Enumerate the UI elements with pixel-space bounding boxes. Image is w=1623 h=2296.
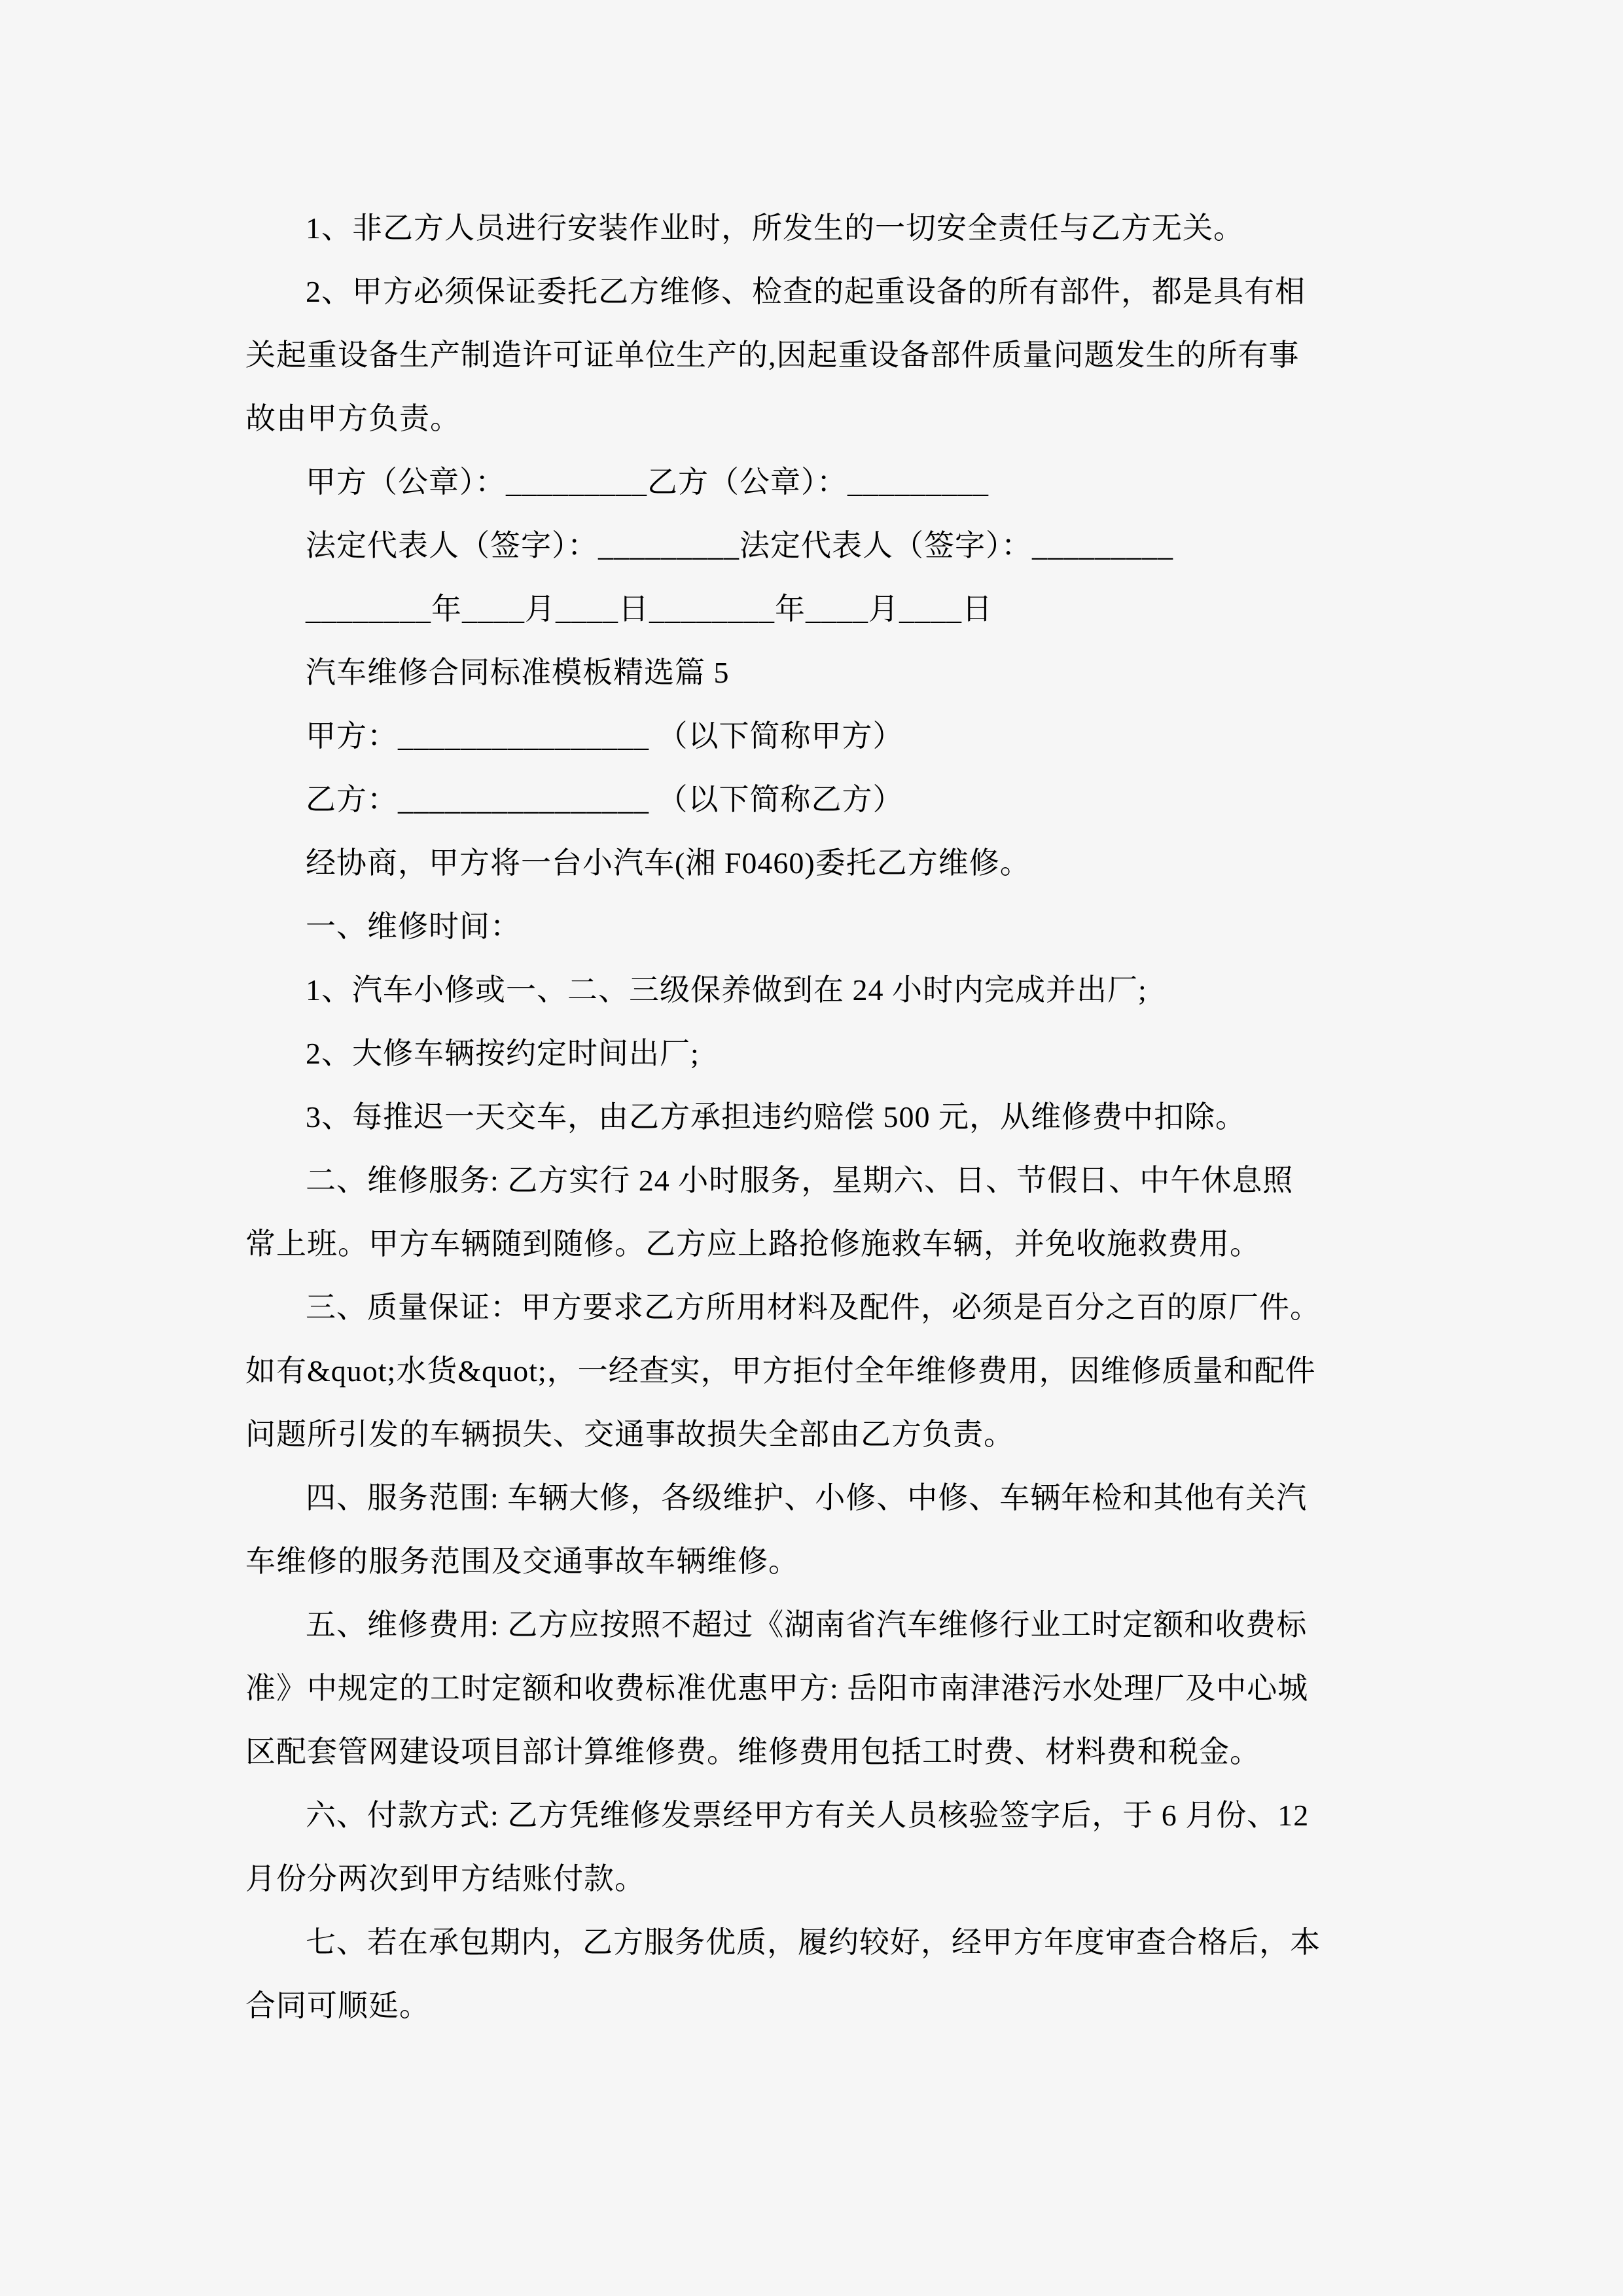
document-line: ________年____月____日________年____月____日 bbox=[245, 577, 1381, 641]
document-line: 四、服务范围: 车辆大修，各级维护、小修、中修、车辆年检和其他有关汽 bbox=[245, 1466, 1381, 1530]
document-line: 七、若在承包期内，乙方服务优质，履约较好，经甲方年度审查合格后，本 bbox=[245, 1910, 1381, 1974]
document-line: 甲方（公章）：_________乙方（公章）：_________ bbox=[245, 450, 1381, 514]
document-line: 车维修的服务范围及交通事故车辆维修。 bbox=[245, 1530, 1381, 1593]
document-line: 六、付款方式: 乙方凭维修发票经甲方有关人员核验签字后，于 6 月份、12 bbox=[245, 1784, 1381, 1847]
document-line: 法定代表人（签字）：_________法定代表人（签字）：_________ bbox=[245, 514, 1381, 577]
document-line: 区配套管网建设项目部计算维修费。维修费用包括工时费、材料费和税金。 bbox=[245, 1720, 1381, 1784]
document-line: 准》中规定的工时定额和收费标准优惠甲方: 岳阳市南津港污水处理厂及中心城 bbox=[245, 1657, 1381, 1720]
document-page: 1、非乙方人员进行安装作业时，所发生的一切安全责任与乙方无关。2、甲方必须保证委… bbox=[0, 0, 1623, 2296]
document-line: 汽车维修合同标准模板精选篇 5 bbox=[245, 641, 1381, 704]
document-line: 二、维修服务: 乙方实行 24 小时服务，星期六、日、节假日、中午休息照 bbox=[245, 1149, 1381, 1212]
document-line: 乙方：________________ （以下简称乙方） bbox=[245, 768, 1381, 831]
document-line: 问题所引发的车辆损失、交通事故损失全部由乙方负责。 bbox=[245, 1403, 1381, 1466]
document-line: 一、维修时间： bbox=[245, 895, 1381, 958]
document-line: 合同可顺延。 bbox=[245, 1974, 1381, 2037]
document-line: 五、维修费用: 乙方应按照不超过《湖南省汽车维修行业工时定额和收费标 bbox=[245, 1593, 1381, 1657]
contract-text-block: 1、非乙方人员进行安装作业时，所发生的一切安全责任与乙方无关。2、甲方必须保证委… bbox=[245, 196, 1381, 2037]
document-line: 1、非乙方人员进行安装作业时，所发生的一切安全责任与乙方无关。 bbox=[245, 196, 1381, 260]
document-line: 2、甲方必须保证委托乙方维修、检查的起重设备的所有部件，都是具有相 bbox=[245, 260, 1381, 323]
document-line: 如有&quot;水货&quot;，一经查实，甲方拒付全年维修费用，因维修质量和配… bbox=[245, 1339, 1381, 1403]
document-line: 2、大修车辆按约定时间出厂; bbox=[245, 1022, 1381, 1085]
document-line: 故由甲方负责。 bbox=[245, 387, 1381, 450]
document-line: 经协商，甲方将一台小汽车(湘 F0460)委托乙方维修。 bbox=[245, 831, 1381, 895]
document-line: 常上班。甲方车辆随到随修。乙方应上路抢修施救车辆，并免收施救费用。 bbox=[245, 1212, 1381, 1276]
document-line: 三、质量保证：甲方要求乙方所用材料及配件，必须是百分之百的原厂件。 bbox=[245, 1276, 1381, 1339]
document-line: 3、每推迟一天交车，由乙方承担违约赔偿 500 元，从维修费中扣除。 bbox=[245, 1085, 1381, 1149]
document-line: 关起重设备生产制造许可证单位生产的,因起重设备部件质量问题发生的所有事 bbox=[245, 323, 1381, 387]
document-line: 1、汽车小修或一、二、三级保养做到在 24 小时内完成并出厂; bbox=[245, 958, 1381, 1022]
document-line: 甲方：________________ （以下简称甲方） bbox=[245, 704, 1381, 768]
document-line: 月份分两次到甲方结账付款。 bbox=[245, 1847, 1381, 1910]
